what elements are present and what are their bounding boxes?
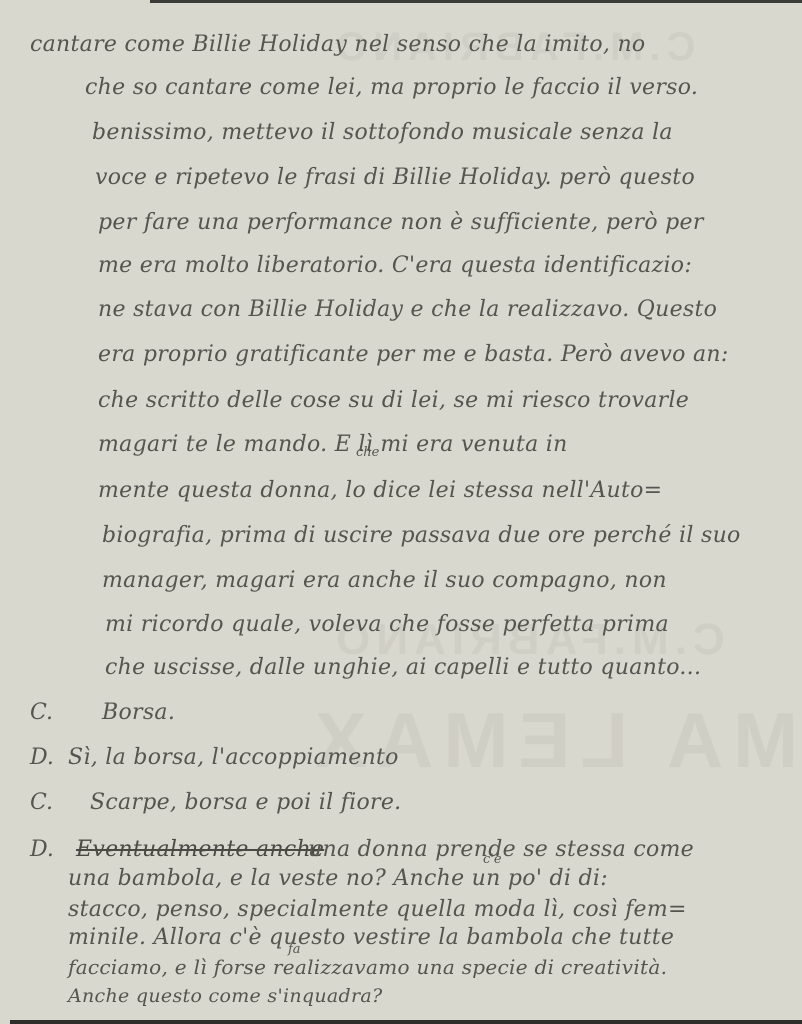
text-line: per fare una performance non è sufficien…	[98, 210, 704, 235]
insert-above: c'è	[483, 852, 502, 867]
text-line: biografia, prima di uscire passava due o…	[102, 523, 741, 548]
text-line: benissimo, mettevo il sottofondo musical…	[92, 120, 673, 145]
text-line: minile. Allora c'è questo vestire la bam…	[68, 925, 674, 950]
speaker-label: D.	[30, 745, 54, 770]
text-line: una bambola, e la veste no? Anche un po'…	[68, 866, 608, 891]
text-line: che uscisse, dalle unghie, ai capelli e …	[105, 655, 701, 680]
insert-above: che	[356, 445, 379, 460]
dialogue-text: Scarpe, borsa e poi il fiore.	[90, 790, 401, 815]
text-line: cantare come Billie Holiday nel senso ch…	[30, 32, 645, 57]
watermark-lemax: LEMAX	[305, 696, 628, 784]
speaker-label: D.	[30, 837, 54, 862]
text-line: che so cantare come lei, ma proprio le f…	[85, 75, 698, 100]
dialogue-text: Sì, la borsa, l'accoppiamento	[68, 745, 399, 770]
text-line: era proprio gratificante per me e basta.…	[98, 342, 729, 367]
text-line: mente questa donna, lo dice lei stessa n…	[98, 478, 662, 503]
struck-text: Eventualmente anche	[76, 837, 324, 862]
text-line: me era molto liberatorio. C'era questa i…	[98, 253, 692, 278]
watermark-roma: ROMA	[660, 696, 802, 784]
text-line: ne stava con Billie Holiday e che la rea…	[98, 297, 717, 322]
text-line: Anche questo come s'inquadra?	[68, 985, 382, 1007]
watermark-roma-lemax: ROMA LEMAX	[305, 695, 802, 786]
speaker-label: C.	[30, 790, 53, 815]
text-line: magari te le mando. E lì mi era venuta i…	[98, 432, 568, 457]
speaker-label: C.	[30, 700, 53, 725]
text-line: facciamo, e lì forse realizzavamo una sp…	[68, 955, 667, 979]
scan-border-bottom	[10, 1020, 802, 1024]
text-line: voce e ripetevo le frasi di Billie Holid…	[95, 165, 695, 190]
handwritten-page: C.M.FABRIANO C.M.FABRIANO ROMA LEMAX can…	[0, 0, 802, 1024]
text-line: che scritto delle cose su di lei, se mi …	[98, 388, 689, 413]
text-line: stacco, penso, specialmente quella moda …	[68, 897, 687, 922]
dialogue-text: Borsa.	[102, 700, 175, 725]
text-line: manager, magari era anche il suo compagn…	[102, 568, 667, 593]
scan-border-top	[150, 0, 802, 3]
text-line: mi ricordo quale, voleva che fosse perfe…	[105, 612, 669, 637]
